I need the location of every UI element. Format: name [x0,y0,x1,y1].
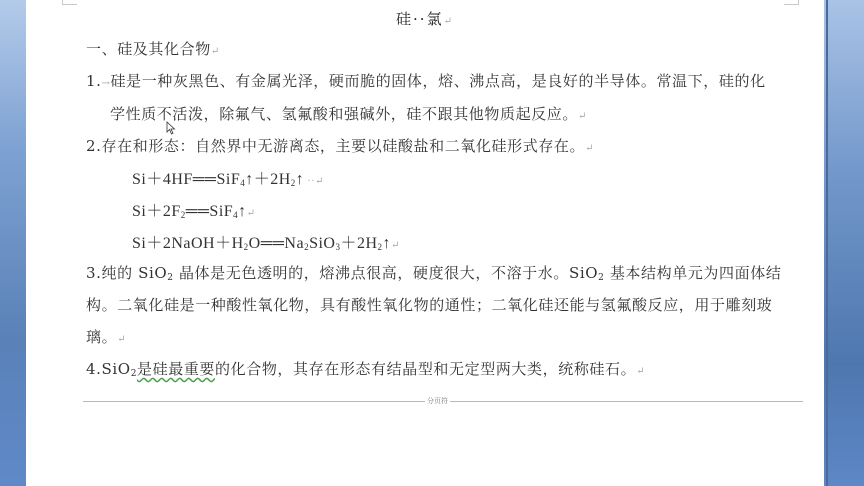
page-break-label: 分页符 [425,396,450,406]
item-3-line-2: 构。二氧化硅是一种酸性氧化物，具有酸性氧化物的通性；二氧化硅还能与氢氟酸反应，用… [86,294,772,315]
item-2-line-1: 2.存在和形态：自然界中无游离态，主要以硅酸盐和二氧化硅形式存在。↵ [86,135,594,156]
equation-1: Si＋4HF══SiF4↑＋2H2↑ ··↵ [132,166,324,189]
margin-corner-mark-right [784,0,799,5]
item-3-line-1: 3.纯的 SiO2 晶体是无色透明的，熔沸点很高，硬度很大，不溶于水。SiO2 … [86,262,781,283]
item-1-line-1: 1.→硅是一种灰黑色、有金属光泽，硬而脆的固体，熔、沸点高，是良好的半导体。常温… [86,70,766,91]
grammar-underline[interactable]: 是硅最重要 [137,360,215,378]
equation-2: Si＋2F2══SiF4↑↵ [132,198,256,221]
item-4-line-1: 4.SiO2是硅最重要的化合物，其存在形态有结晶型和无定型两大类，统称硅石。↵ [86,358,645,379]
margin-corner-mark-left [62,0,77,5]
item-1-line-2: 学性质不活泼，除氟气、氢氟酸和强碱外，硅不跟其他物质起反应。↵ [110,103,587,124]
document-page[interactable]: 硅··氯↵ 一、硅及其化合物↵ 1.→硅是一种灰黑色、有金属光泽，硬而脆的固体，… [26,0,824,486]
document-title: 硅··氯↵ [26,8,824,29]
item-3-line-3: 璃。↵ [86,326,126,347]
right-workspace-background [826,0,864,486]
left-workspace-background [0,0,26,486]
mouse-cursor-icon [166,121,176,135]
equation-3: Si＋2NaOH＋H2O══Na2SiO3＋2H2↑↵ [132,230,400,253]
section-heading: 一、硅及其化合物↵ [86,38,220,59]
